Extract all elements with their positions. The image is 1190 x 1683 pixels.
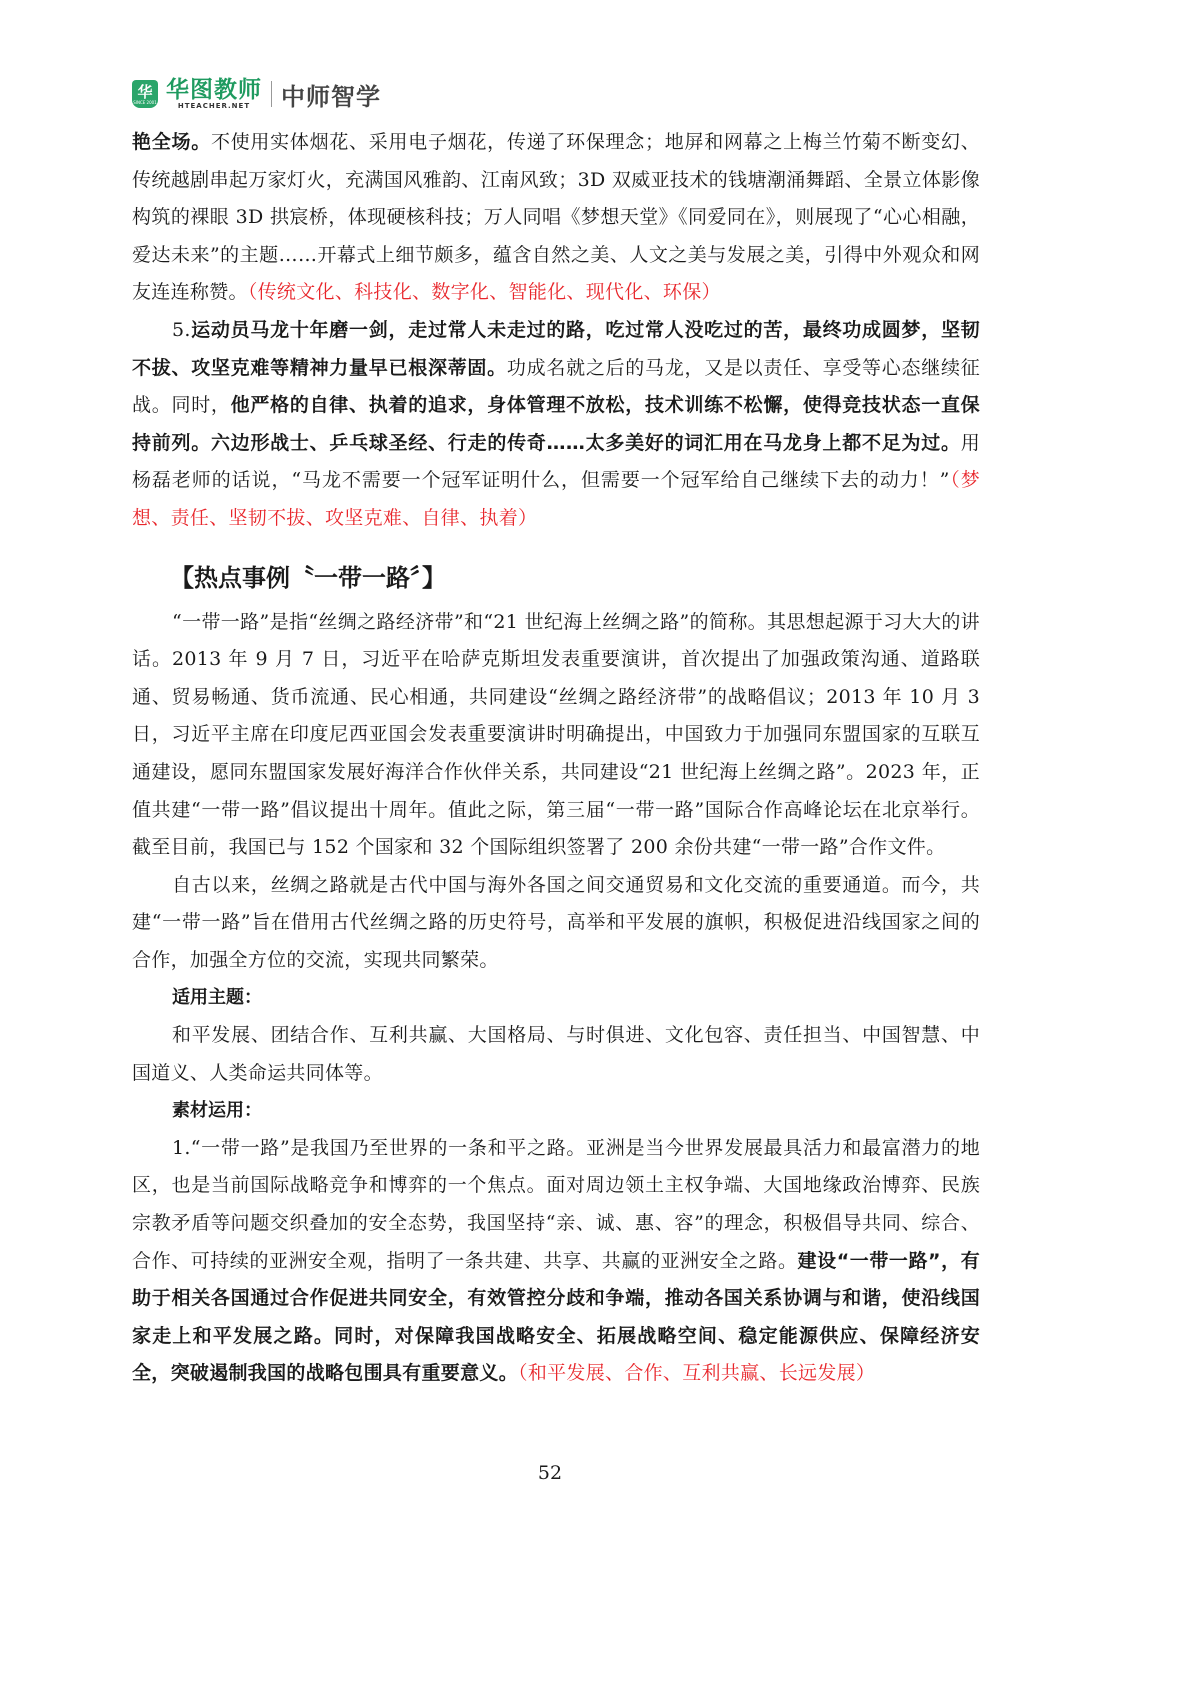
logo-glyph: 华 bbox=[137, 84, 152, 100]
paragraph-opening-ceremony: 艳全场。不使用实体烟花、采用电子烟花，传递了环保理念；地屏和网幕之上梅兰竹菊不断… bbox=[132, 124, 980, 312]
paragraph-silk-road-history: 自古以来，丝绸之路就是古代中国与海外各国之间交通贸易和文化交流的重要通道。而今，… bbox=[132, 867, 980, 980]
logo-since: SINCE 2001 bbox=[133, 100, 156, 105]
themes-label: 适用主题： bbox=[172, 979, 980, 1017]
page-header: 华 SINCE 2001 华图教师 HTEACHER.NET 中师智学 bbox=[132, 76, 381, 112]
brand-secondary: 中师智学 bbox=[281, 77, 381, 112]
themes-list: 和平发展、团结合作、互利共赢、大国格局、与时俱进、文化包容、责任担当、中国智慧、… bbox=[132, 1017, 980, 1092]
usage-label: 素材运用： bbox=[172, 1092, 980, 1130]
document-body: 艳全场。不使用实体烟花、采用电子烟花，传递了环保理念；地屏和网幕之上梅兰竹菊不断… bbox=[132, 124, 980, 1393]
paragraph-belt-road-intro: “一带一路”是指“丝绸之路经济带”和“21 世纪海上丝绸之路”的简称。其思想起源… bbox=[132, 604, 980, 867]
paragraph-text: 不使用实体烟花、采用电子烟花，传递了环保理念；地屏和网幕之上梅兰竹菊不断变幻、传… bbox=[132, 131, 980, 303]
section-title: 【热点事例〝一带一路〞】 bbox=[170, 560, 980, 596]
paragraph-ma-long: 5.运动员马龙十年磨一剑，走过常人未走过的路，吃过常人没吃过的苦，最终功成圆梦，… bbox=[132, 312, 980, 538]
theme-tags: （和平发展、合作、互利共赢、长远发展） bbox=[518, 1362, 875, 1384]
brand-name-cn: 华图教师 bbox=[166, 78, 262, 102]
bold-lead: 艳全场。 bbox=[132, 131, 211, 153]
header-divider bbox=[271, 81, 272, 107]
brand-name-en: HTEACHER.NET bbox=[178, 102, 250, 110]
paragraph-usage-1: 1.“一带一路”是我国乃至世界的一条和平之路。亚洲是当今世界发展最具活力和最富潜… bbox=[132, 1130, 980, 1393]
bold-text-2: 他严格的自律、执着的追求，身体管理不放松，技术训练不松懈，使得竞技状态一直保持前… bbox=[132, 394, 980, 454]
page-number: 52 bbox=[0, 1462, 1100, 1484]
item-number: 5. bbox=[172, 319, 191, 341]
theme-tags: （传统文化、科技化、数字化、智能化、现代化、环保） bbox=[248, 281, 721, 303]
logo-icon: 华 SINCE 2001 bbox=[132, 80, 158, 108]
brand: 华图教师 HTEACHER.NET bbox=[166, 78, 262, 110]
